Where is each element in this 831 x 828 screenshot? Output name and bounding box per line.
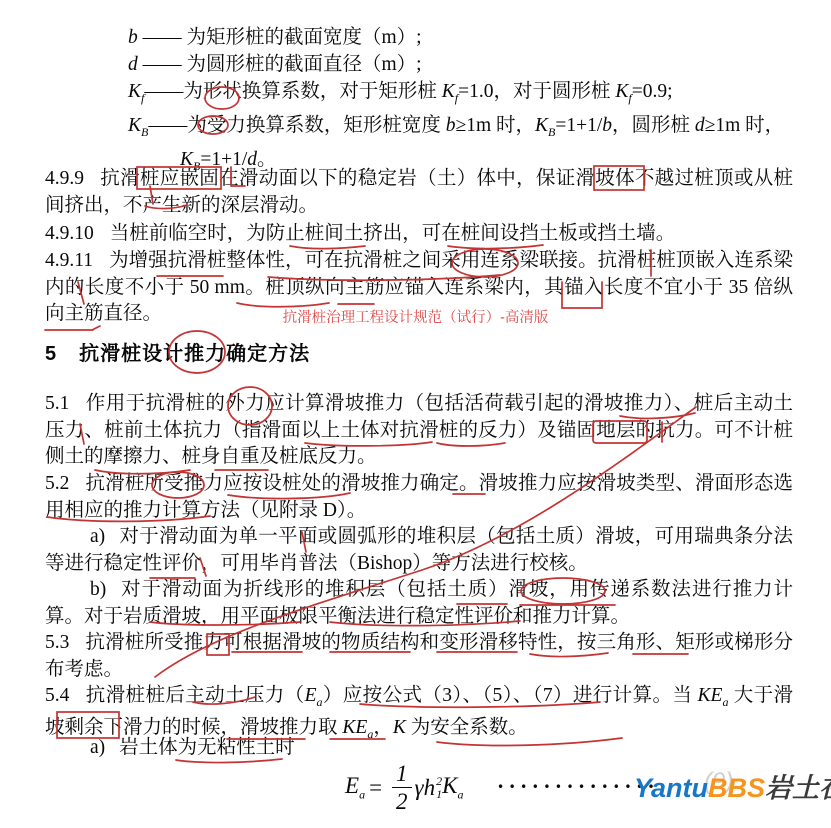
symbol-d: d	[128, 54, 138, 75]
clause-text: 当桩前临空时，为防止桩间土挤出，可在桩间设挡土板或挡土墙。	[110, 223, 676, 244]
definition-dash: ——	[143, 27, 182, 48]
definition-kb-text: 为受力换算系数，矩形桩宽度	[187, 115, 445, 136]
definition-d-text: 为圆形桩的截面直径（m）;	[187, 54, 422, 75]
definition-dash: ——	[148, 115, 187, 136]
symbol-kb: KB	[128, 115, 148, 136]
logo-bbs: BBS	[708, 773, 765, 803]
definition-kb-cond1: ≥1m 时，	[456, 115, 536, 136]
definition-kb: KB——为受力换算系数，矩形桩宽度 b≥1m 时，KB=1+1/b，圆形桩 d≥…	[128, 112, 784, 146]
clause-number: 5.4	[45, 685, 69, 706]
definition-kb-eq1: =1+1/	[555, 115, 602, 136]
logo-suffix: 岩土在线	[765, 773, 831, 803]
definition-kf-value2: =0.9;	[632, 81, 673, 102]
clause-text: 抗滑桩所受推力应按设桩处的滑坡推力确定。滑坡推力应按滑坡类型、滑面形态选用相应的…	[45, 473, 793, 521]
definition-kf: Kf——为形状换算系数，对于矩形桩 Kf=1.0，对于圆形桩 Kf=0.9;	[128, 78, 784, 112]
symbol-kf: Kf	[615, 81, 631, 102]
definition-kb-text2: ，圆形桩	[612, 115, 695, 136]
symbol-definitions: b —— 为矩形桩的截面宽度（m）; d —— 为圆形桩的截面直径（m）; Kf…	[128, 24, 784, 180]
symbol-kf: Kf	[128, 81, 144, 102]
paragraph-4-9-9: 4.9.9抗滑桩应嵌固在滑动面以下的稳定岩（土）体中，保证滑坡体不越过桩顶或从桩…	[45, 166, 793, 219]
definition-dash: ——	[144, 81, 183, 102]
clause-text: 抗滑桩桩后主动土压力（Ea）应按公式（3）、（5）、（7）进行计算。当 KEa …	[45, 685, 793, 738]
formula-ea: Ea = 12 γ h21 Ka	[345, 762, 463, 813]
paragraph-5-2: 5.2抗滑桩所受推力应按设桩处的滑坡推力确定。滑坡推力应按滑坡类型、滑面形态选用…	[45, 471, 793, 524]
clause-number: 5.3	[45, 632, 69, 653]
list-label: b)	[90, 579, 106, 600]
symbol-kf: Kf	[442, 81, 458, 102]
clause-text: 抗滑桩所受推力可根据滑坡的物质结构和变形滑移特性，按三角形、矩形或梯形分布考虑。	[45, 632, 793, 680]
formula-row: Ea = 12 γ h21 Ka ••••••••••••••• (9) Yan…	[0, 760, 831, 820]
definition-d: d —— 为圆形桩的截面直径（m）;	[128, 51, 784, 78]
list-item-b: b)对于滑动面为折线形的堆积层（包括土质）滑坡，用传递系数法进行推力计算。对于岩…	[45, 577, 793, 630]
symbol-kea: KEa	[698, 685, 729, 706]
formula-lhs: Ea	[345, 773, 365, 803]
list-label: a)	[90, 737, 105, 758]
equals-sign: =	[369, 775, 382, 801]
document-page: { "page": { "bg": "#ffffff", "text_color…	[0, 0, 831, 828]
section-number: 5	[45, 343, 57, 365]
definition-dash: ——	[143, 54, 182, 75]
clause-text: 抗滑桩应嵌固在滑动面以下的稳定岩（土）体中，保证滑坡体不越过桩顶或从桩间挤出，不…	[45, 168, 793, 216]
logo-yantu: Yantu	[634, 773, 708, 803]
clause-text: 作用于抗滑桩的外力应计算滑坡推力（包括活荷载引起的滑坡推力）、桩后主动土压力、桩…	[45, 393, 793, 467]
definition-kf-text: 为形状换算系数，对于矩形桩	[183, 81, 441, 102]
clause-number: 4.9.10	[45, 223, 94, 244]
list-item-a2: a)岩土体为无粘性土时	[45, 735, 793, 762]
list-text: 对于滑动面为单一平面或圆弧形的堆积层（包括土质）滑坡，可用瑞典条分法等进行稳定性…	[45, 526, 793, 574]
list-label: a)	[90, 526, 105, 547]
watermark-title: 抗滑桩治理工程设计规范（试行）-高清版	[0, 306, 831, 327]
symbol-b: b	[602, 115, 612, 136]
section-5-heading: 5抗滑桩设计推力确定方法	[45, 337, 310, 366]
symbol-d: d	[695, 115, 705, 136]
symbol-ka: Ka	[442, 773, 463, 803]
symbol-kb: KB	[535, 115, 555, 136]
symbol-h1-squared: h	[424, 775, 436, 801]
clause-number: 4.9.11	[45, 250, 93, 271]
symbol-ea: Ea	[305, 685, 323, 706]
definition-kf-value1: =1.0，对于圆形桩	[458, 81, 615, 102]
list-text: 岩土体为无粘性土时	[119, 737, 295, 758]
symbol-b: b	[446, 115, 456, 136]
definition-b: b —— 为矩形桩的截面宽度（m）;	[128, 24, 784, 51]
fraction-one-half: 12	[392, 762, 412, 813]
list-item-a: a)对于滑动面为单一平面或圆弧形的堆积层（包括土质）滑坡，可用瑞典条分法等进行稳…	[45, 524, 793, 577]
paragraph-4-9-10: 4.9.10当桩前临空时，为防止桩间土挤出，可在桩间设挡土板或挡土墙。	[45, 221, 793, 248]
clause-number: 4.9.9	[45, 168, 84, 189]
section-title: 抗滑桩设计推力确定方法	[79, 343, 310, 365]
definition-b-text: 为矩形桩的截面宽度（m）;	[187, 27, 422, 48]
symbol-gamma: γ	[415, 775, 424, 801]
definition-kb-cond2: ≥1m 时，	[705, 115, 785, 136]
paragraph-5-3: 5.3抗滑桩所受推力可根据滑坡的物质结构和变形滑移特性，按三角形、矩形或梯形分布…	[45, 630, 793, 683]
clause-number: 5.1	[45, 393, 69, 414]
list-text: 对于滑动面为折线形的堆积层（包括土质）滑坡，用传递系数法进行推力计算。对于岩质滑…	[45, 579, 793, 627]
paragraph-5-1: 5.1作用于抗滑桩的外力应计算滑坡推力（包括活荷载引起的滑坡推力）、桩后主动土压…	[45, 391, 793, 471]
symbol-b: b	[128, 27, 138, 48]
yantubbs-logo: (9) YantuBBS岩土在线	[634, 766, 831, 805]
clause-number: 5.2	[45, 473, 69, 494]
